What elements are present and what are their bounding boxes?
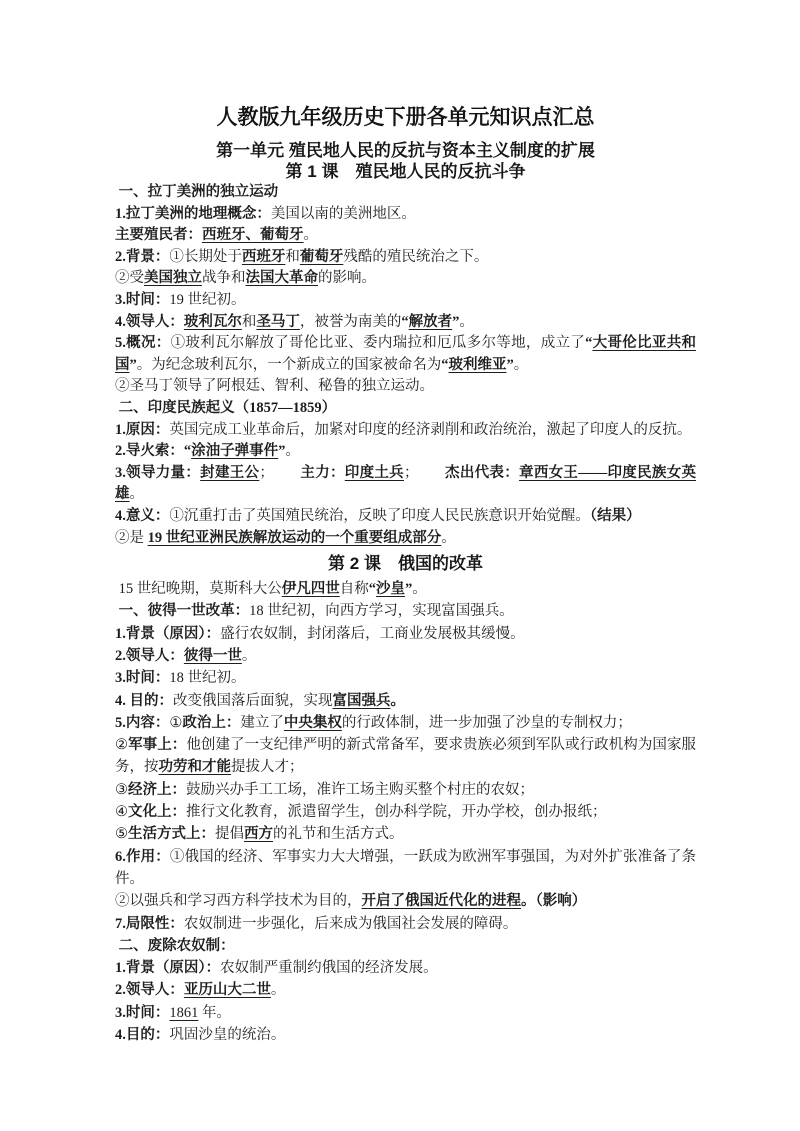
text-segment: 涂油子弹事件 xyxy=(191,443,278,459)
text-segment: 4.领导人： xyxy=(115,314,184,330)
text-segment: ，被誉为南美的 xyxy=(300,314,402,330)
text-segment: 18 世纪初。 xyxy=(169,670,245,686)
text-segment: 改变俄国落后面貌，实现 xyxy=(173,693,333,709)
text-segment: ； xyxy=(404,465,445,481)
text-segment: 富国强兵 xyxy=(333,693,391,709)
paragraph: 4.目的：巩固沙皇的统治。 xyxy=(115,1024,696,1046)
text-segment: 。 xyxy=(514,357,529,373)
text-segment: 农奴制严重制约俄国的经济发展。 xyxy=(220,960,438,976)
text-segment: 15 世纪晚期，莫斯科大公 xyxy=(115,581,282,597)
text-segment: 18 世纪初，向西方学习，实现富国强兵。 xyxy=(249,603,514,619)
paragraph: ②军事上：他创建了一支纪律严明的新式常备军，要求贵族必须到军队或行政机构为国家服… xyxy=(115,734,696,779)
text-segment: ” xyxy=(507,357,514,373)
text-segment: 二、印度民族起义（1857—1859） xyxy=(115,400,336,416)
paragraph: 5.内容：①政治上：建立了中央集权的行政体制，进一步加强了沙皇的专制权力； xyxy=(115,712,696,734)
text-segment: 生活方式上： xyxy=(128,826,215,842)
text-segment: 2.背景： xyxy=(115,249,169,265)
text-segment: 4. 目的： xyxy=(115,693,173,709)
text-segment: 印度土兵 xyxy=(345,465,404,481)
text-segment: 一、彼得一世改革： xyxy=(115,603,249,619)
lessons-container: 第 1 课 殖民地人民的反抗斗争 一、拉丁美洲的独立运动1.拉丁美洲的地理概念：… xyxy=(115,161,696,1046)
text-segment: 。 xyxy=(271,982,286,998)
text-segment: 5.概况： xyxy=(115,335,171,351)
text-segment: 4.目的： xyxy=(115,1027,169,1043)
paragraph: 3.时间：18 世纪初。 xyxy=(115,667,696,689)
text-segment: 。 xyxy=(441,530,456,546)
text-segment: ； xyxy=(259,465,300,481)
text-segment: 文化上： xyxy=(128,804,186,820)
text-segment: ②圣马丁领导了阿根廷、智利、秘鲁的独立运动。 xyxy=(115,378,434,394)
paragraph: 1.背景（原因）：盛行农奴制，封闭落后，工商业发展极其缓慢。 xyxy=(115,623,696,645)
text-segment: 。为纪念玻利瓦尔，一个新成立的国家被命名为 xyxy=(137,357,442,373)
text-segment: 鼓励兴办手工工场，准许工场主购买整个村庄的农奴； xyxy=(186,782,534,798)
text-segment: 一、拉丁美洲的独立运动 xyxy=(115,184,278,200)
text-segment: 1.背景（原因）： xyxy=(115,960,220,976)
text-segment: 。 xyxy=(304,227,319,243)
text-segment: ③ xyxy=(115,782,128,798)
text-segment: ①长期处于 xyxy=(169,249,242,265)
text-segment: 。 xyxy=(459,314,474,330)
text-segment: 1.背景（原因）： xyxy=(115,626,220,642)
text-segment: （结果） xyxy=(590,508,641,524)
text-segment: 的行政体制，进一步加强了沙皇的专制权力； xyxy=(342,715,632,731)
text-segment: 主力： xyxy=(300,465,344,481)
paragraph: 4. 目的：改变俄国落后面貌，实现富国强兵。 xyxy=(115,690,696,712)
paragraph: 5.概况：①玻利瓦尔解放了哥伦比亚、委内瑞拉和厄瓜多尔等地，成立了“大哥伦比亚共… xyxy=(115,333,696,376)
paragraph: ③经济上：鼓励兴办手工工场，准许工场主购买整个村庄的农奴； xyxy=(115,779,696,801)
text-segment: 4.意义： xyxy=(115,508,169,524)
text-segment: 二、废除农奴制： xyxy=(115,938,235,954)
text-segment: 战争和 xyxy=(202,270,246,286)
text-segment: “ xyxy=(441,357,448,373)
text-segment: 封建王公 xyxy=(200,465,259,481)
text-segment: 5.内容： xyxy=(115,715,169,731)
text-segment: 西班牙、葡萄牙 xyxy=(202,227,304,243)
text-segment: 军事上： xyxy=(128,737,186,753)
text-segment: 解放者 xyxy=(409,314,453,330)
paragraph: ⑤生活方式上：提倡西方的礼节和生活方式。 xyxy=(115,823,696,845)
paragraph: 一、彼得一世改革：18 世纪初，向西方学习，实现富国强兵。 xyxy=(115,600,696,622)
text-segment: 主要殖民者： xyxy=(115,227,202,243)
text-segment: 盛行农奴制，封闭落后，工商业发展极其缓慢。 xyxy=(220,626,525,642)
paragraph: 1.原因：英国完成工业革命后，加紧对印度的经济剥削和政治统治，激起了印度人的反抗… xyxy=(115,420,696,442)
text-segment: 的礼节和生活方式。 xyxy=(273,826,404,842)
text-segment: 玻利瓦尔 xyxy=(184,314,242,330)
paragraph: 2.导火索：“涂油子弹事件”。 xyxy=(115,441,696,463)
text-segment: 。 xyxy=(285,443,300,459)
text-segment: 玻利维亚 xyxy=(449,357,507,373)
text-segment: 经济上： xyxy=(128,782,186,798)
text-segment: 彼得一世 xyxy=(184,648,242,664)
lesson-section: 第 1 课 殖民地人民的反抗斗争 一、拉丁美洲的独立运动1.拉丁美洲的地理概念：… xyxy=(115,161,696,549)
text-segment: （影响） xyxy=(536,893,587,909)
text-segment: 年。 xyxy=(198,1005,231,1021)
paragraph: 3.时间：19 世纪初。 xyxy=(115,290,696,312)
paragraph: 4.意义：①沉重打击了英国殖民统治，反映了印度人民民族意识开始觉醒。（结果） xyxy=(115,506,696,528)
text-segment: 。 xyxy=(391,693,406,709)
text-segment: ① xyxy=(169,715,182,731)
text-segment: 圣马丁 xyxy=(256,314,300,330)
text-segment: 巩固沙皇的统治。 xyxy=(169,1027,285,1043)
paragraph: 6.作用：①俄国的经济、军事实力大大增强，一跃成为欧洲军事强国，为对外扩张准备了… xyxy=(115,846,696,891)
text-segment: 1.原因： xyxy=(115,422,169,438)
text-segment: “ xyxy=(369,581,376,597)
text-segment: ②是 xyxy=(115,530,148,546)
paragraph: ②受美国独立战争和法国大革命的影响。 xyxy=(115,268,696,290)
text-segment: 2.领导人： xyxy=(115,982,184,998)
paragraph: 2.领导人：彼得一世。 xyxy=(115,645,696,667)
paragraph: ②是 19 世纪亚洲民族解放运动的一个重要组成部分。 xyxy=(115,528,696,550)
paragraph: 3.领导力量：封建王公； 主力：印度土兵； 杰出代表：章西女王——印度民族女英雄… xyxy=(115,463,696,506)
text-segment: 伊凡四世 xyxy=(282,581,340,597)
text-segment: 提拔人才； xyxy=(231,759,304,775)
text-segment: “ xyxy=(401,314,408,330)
text-segment: 杰出代表： xyxy=(445,465,519,481)
lesson-section: 第 2 课 俄国的改革 15 世纪晚期，莫斯科大公伊凡四世自称“沙皇”。 一、彼… xyxy=(115,553,696,1046)
paragraph: 二、废除农奴制： xyxy=(115,935,696,957)
paragraph: 1.拉丁美洲的地理概念：美国以南的美洲地区。 xyxy=(115,204,696,226)
text-segment: 政治上： xyxy=(182,715,240,731)
text-segment: 和 xyxy=(285,249,300,265)
text-segment: 美国独立 xyxy=(144,270,202,286)
text-segment: 1.拉丁美洲的地理概念： xyxy=(115,206,271,222)
text-segment: 7.局限性： xyxy=(115,916,184,932)
text-segment: 亚历山大二世 xyxy=(184,982,271,998)
text-segment: 2.导火索： xyxy=(115,443,184,459)
text-segment: ②以强兵和学习西方科学技术为目的， xyxy=(115,893,362,909)
text-segment: ” xyxy=(130,357,137,373)
paragraph: ②圣马丁领导了阿根廷、智利、秘鲁的独立运动。 xyxy=(115,376,696,398)
document-title: 人教版九年级历史下册各单元知识点汇总 xyxy=(115,103,696,133)
unit-heading: 第一单元 殖民地人民的反抗与资本主义制度的扩展 xyxy=(115,140,696,161)
paragraph: 2.领导人：亚历山大二世。 xyxy=(115,979,696,1001)
text-segment: 美国以南的美洲地区。 xyxy=(271,206,416,222)
text-segment: 19 世纪亚洲民族解放运动的一个重要组成部分 xyxy=(148,530,442,546)
paragraph: ④文化上：推行文化教育，派遣留学生，创办科学院，开办学校，创办报纸； xyxy=(115,801,696,823)
paragraph: 一、拉丁美洲的独立运动 xyxy=(115,182,696,204)
text-segment: 。 xyxy=(412,581,427,597)
text-segment: ④ xyxy=(115,804,128,820)
document-page: 人教版九年级历史下册各单元知识点汇总 第一单元 殖民地人民的反抗与资本主义制度的… xyxy=(0,0,800,1131)
text-segment: 的影响。 xyxy=(318,270,376,286)
text-segment: ①玻利瓦尔解放了哥伦比亚、委内瑞拉和厄瓜多尔等地，成立了 xyxy=(171,335,586,351)
text-segment: ② xyxy=(115,737,128,753)
text-segment: 法国大革命 xyxy=(246,270,319,286)
paragraph: ②以强兵和学习西方科学技术为目的，开启了俄国近代化的进程。（影响） xyxy=(115,890,696,912)
paragraph: 3.时间：1861 年。 xyxy=(115,1002,696,1024)
text-segment: ①俄国的经济、军事实力大大增强，一跃成为欧洲军事强国，为对外扩张准备了条件。 xyxy=(115,849,696,887)
text-segment: 建立了 xyxy=(240,715,284,731)
text-segment: ②受 xyxy=(115,270,144,286)
text-segment: ⑤ xyxy=(115,826,128,842)
text-segment: 。 xyxy=(521,893,536,909)
paragraph: 二、印度民族起义（1857—1859） xyxy=(115,398,696,420)
lesson-heading: 第 2 课 俄国的改革 xyxy=(115,553,696,574)
lesson-heading: 第 1 课 殖民地人民的反抗斗争 xyxy=(115,161,696,182)
paragraph: 15 世纪晚期，莫斯科大公伊凡四世自称“沙皇”。 xyxy=(115,578,696,600)
text-segment: 19 世纪初。 xyxy=(169,292,245,308)
text-segment: 3.时间： xyxy=(115,1005,169,1021)
text-segment: 推行文化教育，派遣留学生，创办科学院，开办学校，创办报纸； xyxy=(186,804,607,820)
text-segment: 和 xyxy=(242,314,257,330)
text-segment: 1861 xyxy=(169,1005,198,1021)
text-segment: 3.时间： xyxy=(115,292,169,308)
text-segment: 中央集权 xyxy=(284,715,342,731)
text-segment: 沙皇 xyxy=(376,581,405,597)
text-segment: 3.时间： xyxy=(115,670,169,686)
text-segment: 。 xyxy=(242,648,257,664)
text-segment: 农奴制进一步强化，后来成为俄国社会发展的障碍。 xyxy=(184,916,518,932)
paragraph: 1.背景（原因）：农奴制严重制约俄国的经济发展。 xyxy=(115,957,696,979)
paragraph: 主要殖民者：西班牙、葡萄牙。 xyxy=(115,225,696,247)
text-segment: 葡萄牙 xyxy=(300,249,344,265)
paragraph: 2.背景：①长期处于西班牙和葡萄牙残酷的殖民统治之下。 xyxy=(115,247,696,269)
text-segment: 3.领导力量： xyxy=(115,465,200,481)
text-segment: 2.领导人： xyxy=(115,648,184,664)
text-segment: 西班牙 xyxy=(242,249,286,265)
text-segment: 6.作用： xyxy=(115,849,170,865)
text-segment: 自称 xyxy=(340,581,369,597)
text-segment: 功劳和才能 xyxy=(159,759,232,775)
paragraph: 7.局限性：农奴制进一步强化，后来成为俄国社会发展的障碍。 xyxy=(115,913,696,935)
text-segment: 英国完成工业革命后，加紧对印度的经济剥削和政治统治，激起了印度人的反抗。 xyxy=(169,422,691,438)
text-segment: 西方 xyxy=(244,826,273,842)
text-segment: 。 xyxy=(130,486,145,502)
text-segment: 开启了俄国近代化的进程 xyxy=(362,893,522,909)
paragraph: 4.领导人：玻利瓦尔和圣马丁，被誉为南美的“解放者”。 xyxy=(115,312,696,334)
text-segment: 残酷的殖民统治之下。 xyxy=(343,249,488,265)
text-segment: 提倡 xyxy=(215,826,244,842)
text-segment: ①沉重打击了英国殖民统治，反映了印度人民民族意识开始觉醒。 xyxy=(169,508,590,524)
